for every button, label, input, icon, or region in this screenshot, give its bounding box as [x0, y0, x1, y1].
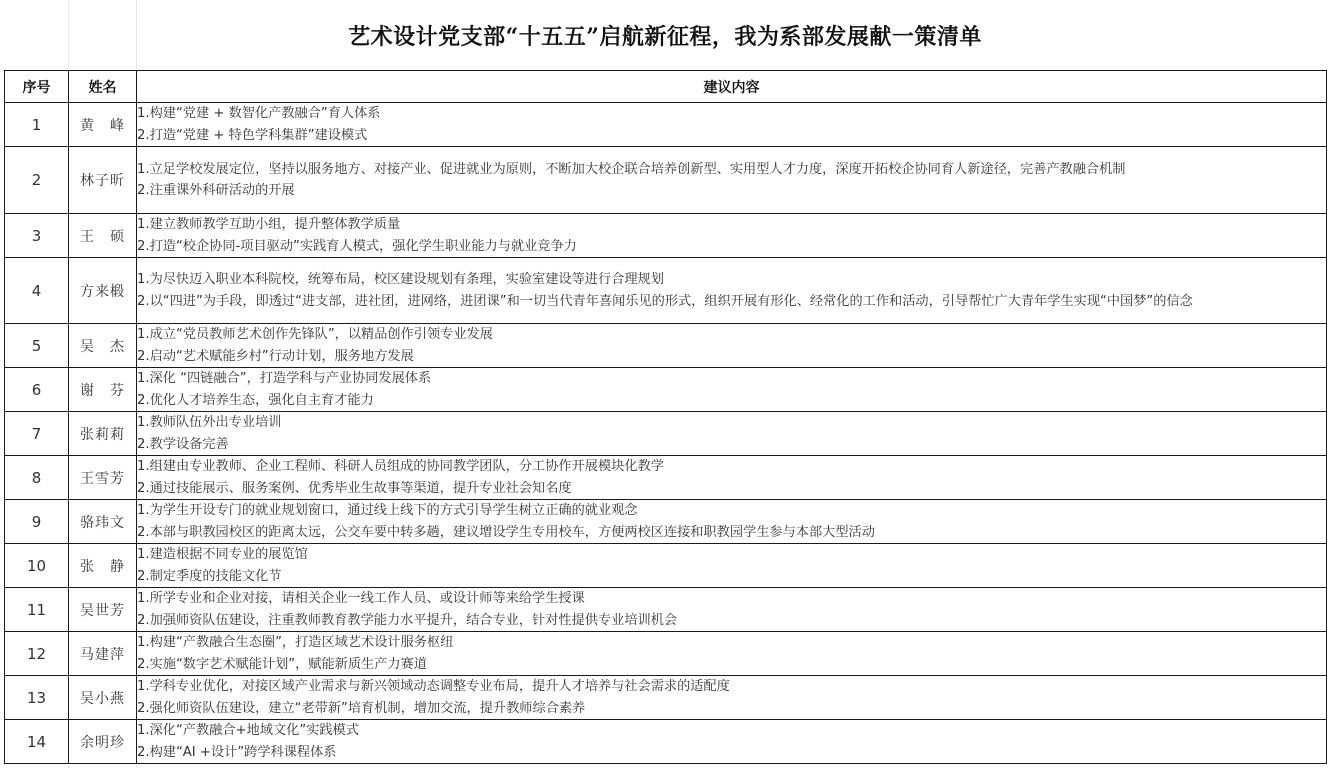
cell-index[interactable]: 13 — [5, 676, 69, 720]
suggestion-line: 2.制定季度的技能文化节 — [137, 566, 1326, 588]
cell-content[interactable]: 1.构建“党建 + 数智化产教融合”育人体系2.打造“党建 + 特色学科集群”建… — [137, 103, 1327, 147]
suggestion-line: 1.建造根据不同专业的展览馆 — [137, 544, 1326, 566]
cell-index[interactable]: 11 — [5, 588, 69, 632]
suggestion-line: 1.建立教师教学互助小组，提升整体教学质量 — [137, 214, 1326, 236]
suggestion-line: 2.以“四进”为手段，即透过“进支部，进社团，进网络，进团课”和一切当代青年喜闻… — [137, 291, 1326, 313]
suggestion-line: 2.实施“数字艺术赋能计划”，赋能新质生产力赛道 — [137, 654, 1326, 676]
cell-index[interactable]: 7 — [5, 412, 69, 456]
table-row: 12马建萍1.构建“产教融合生态圈”，打造区域艺术设计服务枢纽2.实施“数字艺术… — [5, 632, 1327, 676]
cell-content[interactable]: 1.立足学校发展定位，坚持以服务地方、对接产业、促进就业为原则，不断加大校企联合… — [137, 147, 1327, 214]
cell-name[interactable]: 吴世芳 — [69, 588, 137, 632]
cell-index[interactable]: 5 — [5, 324, 69, 368]
cell-content[interactable]: 1.构建“产教融合生态圈”，打造区域艺术设计服务枢纽2.实施“数字艺术赋能计划”… — [137, 632, 1327, 676]
header-row: 序号 姓名 建议内容 — [5, 71, 1327, 103]
suggestion-line: 1.立足学校发展定位，坚持以服务地方、对接产业、促进就业为原则，不断加大校企联合… — [137, 159, 1326, 181]
cell-index[interactable]: 9 — [5, 500, 69, 544]
cell-name[interactable]: 余明珍 — [69, 720, 137, 764]
cell-content[interactable]: 1.建造根据不同专业的展览馆2.制定季度的技能文化节 — [137, 544, 1327, 588]
suggestion-line: 1.所学专业和企业对接，请相关企业一线工作人员、或设计师等来给学生授课 — [137, 588, 1326, 610]
cell-name[interactable]: 林子昕 — [69, 147, 137, 214]
page-title: 艺术设计党支部“十五五”启航新征程，我为系部发展献一策清单 — [4, 0, 1326, 70]
cell-content[interactable]: 1.教师队伍外出专业培训2.教学设备完善 — [137, 412, 1327, 456]
suggestion-line: 2.教学设备完善 — [137, 434, 1326, 456]
table-row: 9骆玮文1.为学生开设专门的就业规划窗口，通过线上线下的方式引导学生树立正确的就… — [5, 500, 1327, 544]
cell-content[interactable]: 1.为尽快迈入职业本科院校，统筹布局，校区建设规划有条理，实验室建设等进行合理规… — [137, 258, 1327, 324]
suggestion-line: 1.学科专业优化，对接区域产业需求与新兴领域动态调整专业布局，提升人才培养与社会… — [137, 676, 1326, 698]
cell-content[interactable]: 1.深化 “四链融合”，打造学科与产业协同发展体系2.优化人才培养生态，强化自主… — [137, 368, 1327, 412]
cell-name[interactable]: 骆玮文 — [69, 500, 137, 544]
cell-name[interactable]: 张莉莉 — [69, 412, 137, 456]
cell-index[interactable]: 8 — [5, 456, 69, 500]
cell-content[interactable]: 1.为学生开设专门的就业规划窗口，通过线上线下的方式引导学生树立正确的就业观念2… — [137, 500, 1327, 544]
cell-index[interactable]: 3 — [5, 214, 69, 258]
column-header-name[interactable]: 姓名 — [69, 71, 137, 103]
suggestion-line: 2.优化人才培养生态，强化自主育才能力 — [137, 390, 1326, 412]
cell-name[interactable]: 方来椴 — [69, 258, 137, 324]
suggestion-line: 2.构建“AI +设计”跨学科课程体系 — [137, 742, 1326, 764]
cell-index[interactable]: 2 — [5, 147, 69, 214]
suggestion-line: 1.组建由专业教师、企业工程师、科研人员组成的协同教学团队，分工协作开展模块化教… — [137, 456, 1326, 478]
cell-index[interactable]: 6 — [5, 368, 69, 412]
table-row: 13吴小燕1.学科专业优化，对接区域产业需求与新兴领域动态调整专业布局，提升人才… — [5, 676, 1327, 720]
suggestion-line: 1.深化“产教融合+地域文化”实践模式 — [137, 720, 1326, 742]
cell-index[interactable]: 10 — [5, 544, 69, 588]
table-row: 11吴世芳1.所学专业和企业对接，请相关企业一线工作人员、或设计师等来给学生授课… — [5, 588, 1327, 632]
suggestion-line: 2.打造“党建 + 特色学科集群”建设模式 — [137, 125, 1326, 147]
suggestion-line: 2.强化师资队伍建设，建立“老带新”培育机制，增加交流，提升教师综合素养 — [137, 698, 1326, 720]
cell-content[interactable]: 1.学科专业优化，对接区域产业需求与新兴领域动态调整专业布局，提升人才培养与社会… — [137, 676, 1327, 720]
column-header-index[interactable]: 序号 — [5, 71, 69, 103]
cell-index[interactable]: 1 — [5, 103, 69, 147]
cell-name[interactable]: 吴小燕 — [69, 676, 137, 720]
table-row: 3王 硕1.建立教师教学互助小组，提升整体教学质量2.打造“校企协同-项目驱动”… — [5, 214, 1327, 258]
suggestion-line: 1.成立“党员教师艺术创作先锋队”，以精品创作引领专业发展 — [137, 324, 1326, 346]
cell-content[interactable]: 1.所学专业和企业对接，请相关企业一线工作人员、或设计师等来给学生授课2.加强师… — [137, 588, 1327, 632]
cell-name[interactable]: 王雪芳 — [69, 456, 137, 500]
table-row: 5吴 杰1.成立“党员教师艺术创作先锋队”，以精品创作引领专业发展2.启动“艺术… — [5, 324, 1327, 368]
suggestion-line: 2.打造“校企协同-项目驱动”实践育人模式，强化学生职业能力与就业竞争力 — [137, 236, 1326, 258]
cell-content[interactable]: 1.成立“党员教师艺术创作先锋队”，以精品创作引领专业发展2.启动“艺术赋能乡村… — [137, 324, 1327, 368]
cell-index[interactable]: 12 — [5, 632, 69, 676]
suggestion-line: 1.构建“产教融合生态圈”，打造区域艺术设计服务枢纽 — [137, 632, 1326, 654]
table-row: 4方来椴1.为尽快迈入职业本科院校，统筹布局，校区建设规划有条理，实验室建设等进… — [5, 258, 1327, 324]
suggestion-line: 1.教师队伍外出专业培训 — [137, 412, 1326, 434]
table-row: 6谢 芬1.深化 “四链融合”，打造学科与产业协同发展体系2.优化人才培养生态，… — [5, 368, 1327, 412]
cell-name[interactable]: 张 静 — [69, 544, 137, 588]
table-row: 2林子昕1.立足学校发展定位，坚持以服务地方、对接产业、促进就业为原则，不断加大… — [5, 147, 1327, 214]
cell-content[interactable]: 1.建立教师教学互助小组，提升整体教学质量2.打造“校企协同-项目驱动”实践育人… — [137, 214, 1327, 258]
suggestion-line: 2.通过技能展示、服务案例、优秀毕业生故事等渠道，提升专业社会知名度 — [137, 478, 1326, 500]
suggestion-line: 1.为尽快迈入职业本科院校，统筹布局，校区建设规划有条理，实验室建设等进行合理规… — [137, 269, 1326, 291]
table-row: 8王雪芳1.组建由专业教师、企业工程师、科研人员组成的协同教学团队，分工协作开展… — [5, 456, 1327, 500]
suggestion-line: 2.启动“艺术赋能乡村”行动计划，服务地方发展 — [137, 346, 1326, 368]
table-row: 1黄 峰1.构建“党建 + 数智化产教融合”育人体系2.打造“党建 + 特色学科… — [5, 103, 1327, 147]
cell-index[interactable]: 14 — [5, 720, 69, 764]
suggestion-table: 序号 姓名 建议内容 1黄 峰1.构建“党建 + 数智化产教融合”育人体系2.打… — [4, 70, 1327, 764]
suggestion-line: 1.构建“党建 + 数智化产教融合”育人体系 — [137, 103, 1326, 125]
suggestion-line: 1.为学生开设专门的就业规划窗口，通过线上线下的方式引导学生树立正确的就业观念 — [137, 500, 1326, 522]
suggestion-line: 2.加强师资队伍建设，注重教师教育教学能力水平提升，结合专业，针对性提供专业培训… — [137, 610, 1326, 632]
cell-index[interactable]: 4 — [5, 258, 69, 324]
table-row: 7张莉莉1.教师队伍外出专业培训2.教学设备完善 — [5, 412, 1327, 456]
cell-content[interactable]: 1.组建由专业教师、企业工程师、科研人员组成的协同教学团队，分工协作开展模块化教… — [137, 456, 1327, 500]
table-row: 10张 静1.建造根据不同专业的展览馆2.制定季度的技能文化节 — [5, 544, 1327, 588]
cell-name[interactable]: 谢 芬 — [69, 368, 137, 412]
suggestion-line: 2.本部与职教园校区的距离太远，公交车要中转多趟，建议增设学生专用校车，方便两校… — [137, 522, 1326, 544]
suggestion-line: 2.注重课外科研活动的开展 — [137, 180, 1326, 202]
cell-content[interactable]: 1.深化“产教融合+地域文化”实践模式2.构建“AI +设计”跨学科课程体系 — [137, 720, 1327, 764]
cell-name[interactable]: 马建萍 — [69, 632, 137, 676]
suggestion-line: 1.深化 “四链融合”，打造学科与产业协同发展体系 — [137, 368, 1326, 390]
table-row: 14余明珍1.深化“产教融合+地域文化”实践模式2.构建“AI +设计”跨学科课… — [5, 720, 1327, 764]
cell-name[interactable]: 吴 杰 — [69, 324, 137, 368]
column-header-content[interactable]: 建议内容 — [137, 71, 1327, 103]
cell-name[interactable]: 黄 峰 — [69, 103, 137, 147]
cell-name[interactable]: 王 硕 — [69, 214, 137, 258]
